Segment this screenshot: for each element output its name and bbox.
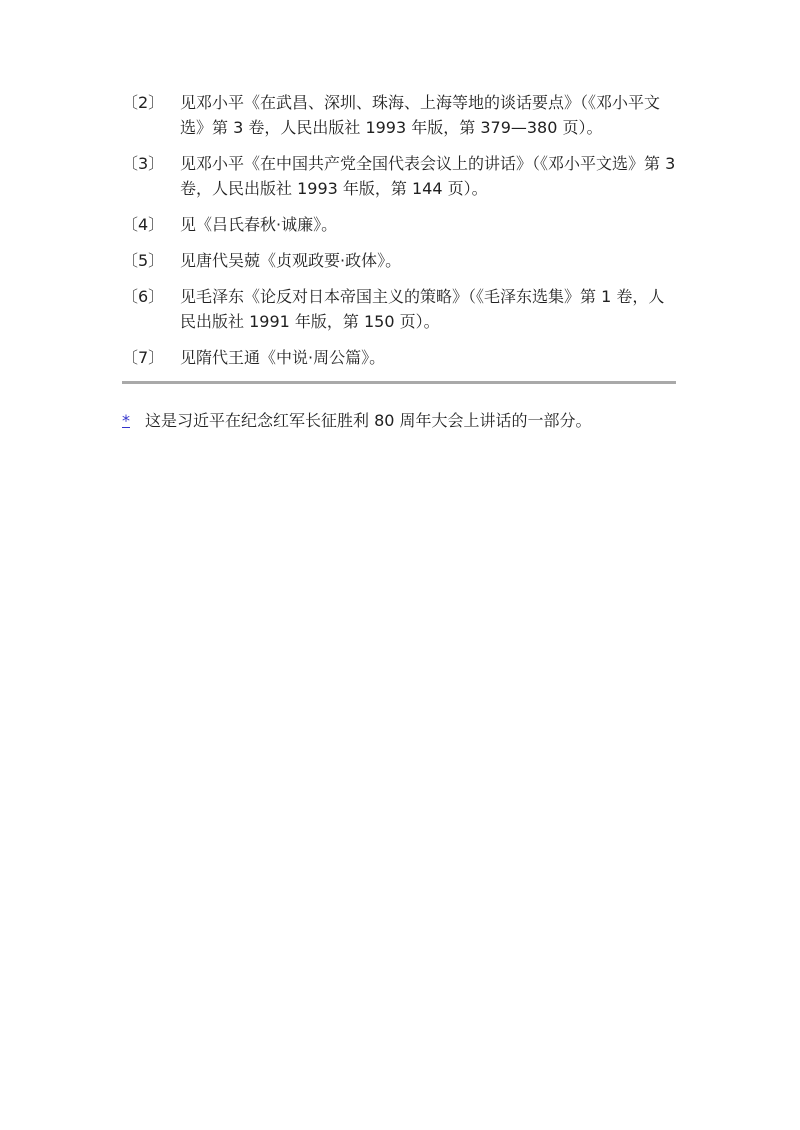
endnote-text: 见毛泽东《论反对日本帝国主义的策略》（《毛泽东选集》第 1 卷，人民出版社 19… — [180, 284, 676, 334]
footnote: * 这是习近平在纪念红军长征胜利 80 周年大会上讲话的一部分。 — [122, 408, 676, 433]
endnotes-section: 〔2〕 见邓小平《在武昌、深圳、珠海、上海等地的谈话要点》（《邓小平文选》第 3… — [122, 90, 676, 433]
endnote-text: 见隋代王通《中说·周公篇》。 — [180, 345, 676, 370]
endnote-text: 见《吕氏春秋·诚廉》。 — [180, 212, 676, 237]
footnote-divider — [122, 381, 676, 384]
endnote-number: 〔5〕 — [122, 248, 180, 273]
endnote-number: 〔7〕 — [122, 345, 180, 370]
endnote-number: 〔2〕 — [122, 90, 180, 115]
endnote-item: 〔4〕 见《吕氏春秋·诚廉》。 — [122, 212, 676, 237]
endnote-text: 见唐代吴兢《贞观政要·政体》。 — [180, 248, 676, 273]
footnote-marker-link[interactable]: * — [122, 411, 130, 430]
footnote-text: 这是习近平在纪念红军长征胜利 80 周年大会上讲话的一部分。 — [145, 408, 676, 433]
endnote-text: 见邓小平《在武昌、深圳、珠海、上海等地的谈话要点》（《邓小平文选》第 3 卷，人… — [180, 90, 676, 140]
endnote-item: 〔6〕 见毛泽东《论反对日本帝国主义的策略》（《毛泽东选集》第 1 卷，人民出版… — [122, 284, 676, 334]
endnote-item: 〔2〕 见邓小平《在武昌、深圳、珠海、上海等地的谈话要点》（《邓小平文选》第 3… — [122, 90, 676, 140]
document-page: 〔2〕 见邓小平《在武昌、深圳、珠海、上海等地的谈话要点》（《邓小平文选》第 3… — [0, 0, 800, 1130]
endnote-number: 〔4〕 — [122, 212, 180, 237]
endnote-number: 〔3〕 — [122, 151, 180, 176]
footnote-marker-cell: * — [122, 408, 145, 433]
endnote-item: 〔5〕 见唐代吴兢《贞观政要·政体》。 — [122, 248, 676, 273]
endnote-item: 〔7〕 见隋代王通《中说·周公篇》。 — [122, 345, 676, 370]
endnote-number: 〔6〕 — [122, 284, 180, 309]
endnote-text: 见邓小平《在中国共产党全国代表会议上的讲话》（《邓小平文选》第 3 卷，人民出版… — [180, 151, 676, 201]
endnote-item: 〔3〕 见邓小平《在中国共产党全国代表会议上的讲话》（《邓小平文选》第 3 卷，… — [122, 151, 676, 201]
